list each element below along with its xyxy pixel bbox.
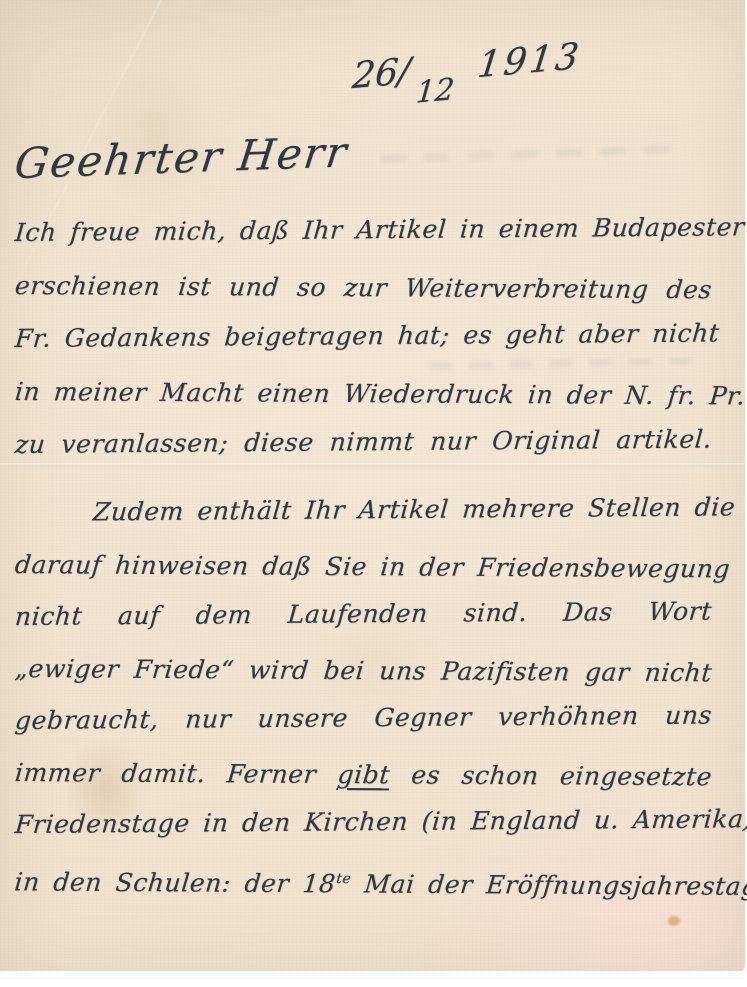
- date-day: 26/: [351, 51, 412, 98]
- paragraph-2: Zudem enthält Ihr Artikel mehrere Stelle…: [15, 487, 712, 903]
- underlined-word: gibt: [336, 760, 391, 789]
- letter-date: 26/121913: [351, 36, 583, 97]
- handwritten-line: in den Schulen: der 18te Mai der Eröffnu…: [13, 851, 715, 907]
- handwritten-line: Fr. Gedankens beigetragen hat; es geht a…: [13, 307, 714, 366]
- letter-body: Geehrter Herr Ich freue mich, daß Ihr Ar…: [15, 128, 712, 903]
- paragraph-1: Ich freue mich, daß Ihr Artikel in einem…: [15, 206, 712, 471]
- letter-scan-page: 26/121913 Geehrter Herr Ich freue mich, …: [0, 0, 745, 979]
- date-year: 1913: [476, 36, 584, 87]
- line-text: immer damit. Ferner: [14, 758, 339, 789]
- line-text: es schon eingesetzte: [389, 760, 714, 791]
- line-text: Mai der Eröffnungsjahrestag: [350, 869, 747, 900]
- letter-salutation: Geehrter Herr: [11, 103, 716, 200]
- paper-stain: [668, 916, 680, 926]
- handwritten-line: zu veranlassen; diese nimmt nur Original…: [13, 413, 714, 472]
- handwritten-line: gebraucht, nur unsere Gegner verhöhnen u…: [13, 690, 714, 748]
- handwritten-line: Friedenstage in den Kirchen (in England …: [13, 794, 714, 852]
- scanner-edge: [0, 971, 745, 979]
- date-month: 12: [415, 72, 456, 111]
- handwritten-line: Ich freue mich, daß Ihr Artikel in einem…: [13, 201, 714, 260]
- handwritten-line: Zudem enthält Ihr Artikel mehrere Stelle…: [13, 482, 714, 540]
- line-text: in den Schulen: der 18: [13, 867, 337, 898]
- handwritten-line: nicht auf dem Laufenden sind. Das Wort: [13, 586, 714, 644]
